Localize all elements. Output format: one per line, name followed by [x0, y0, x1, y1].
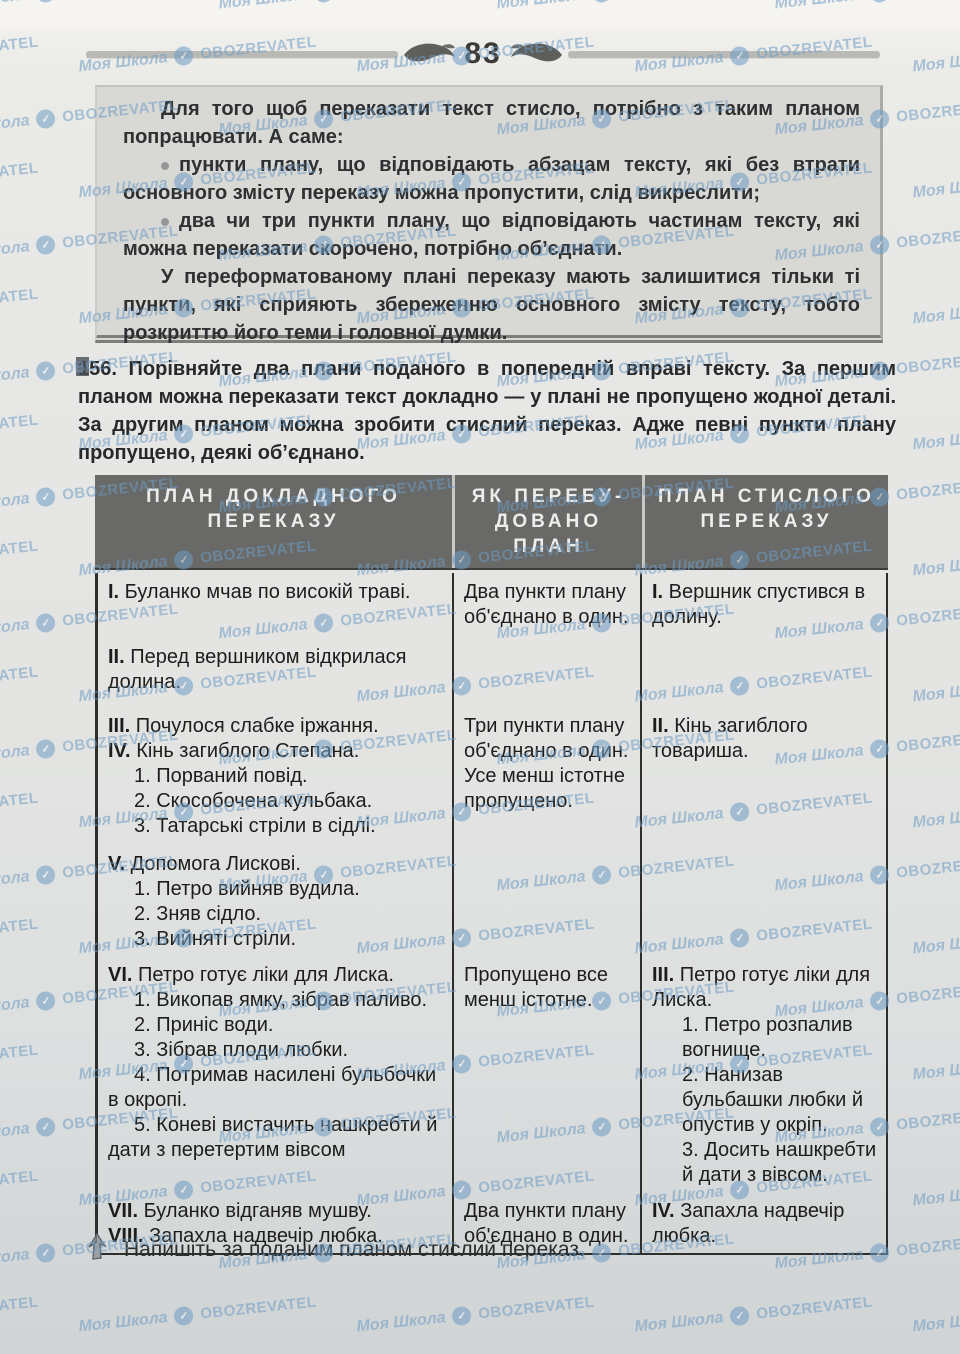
plan-item: 1. Порваний повід.	[108, 764, 444, 789]
watermark-brand-text: OBOZREVATEL	[895, 97, 960, 126]
watermark-brand-text: OBOZREVATEL	[0, 1294, 39, 1323]
watermark-brand-text: OBOZREVATEL	[0, 538, 39, 567]
watermark-school-text: Моя Школа	[356, 1309, 447, 1336]
watermark-school-text: Моя Школа	[912, 1309, 960, 1336]
watermark-badge-icon: ✓	[36, 1242, 57, 1263]
table-row: V. Допомога Лискові.1. Петро вийняв вуди…	[98, 845, 886, 956]
plan-item: IV. Запахла надвечір любка.	[652, 1199, 878, 1249]
table-cell: Пропущено все менш істотне.	[452, 956, 642, 1192]
watermark-school-text: Моя Школа	[912, 427, 960, 454]
plan-item: 3. Досить нашкребти й дати з вівсом.	[652, 1138, 878, 1188]
writing-task: Напишіть за поданим планом стислий перек…	[84, 1236, 585, 1264]
table-header-row: ПЛАН ДОКЛАДНОГОПЕРЕКАЗУЯК ПЕРЕБУ-ДОВАНО …	[95, 475, 888, 570]
plan-item: V. Допомога Лискові.	[108, 852, 444, 877]
watermark-brand-text: OBOZREVATEL	[895, 475, 960, 504]
table-header-cell: ПЛАН СТИСЛОГОПЕРЕКАЗУ	[642, 475, 888, 568]
plan-item: VI. Петро готує ліки для Лиска.	[108, 963, 444, 988]
watermark-school-text: Моя Школа	[0, 1120, 30, 1147]
watermark-school-text: Моя Школа	[634, 1309, 725, 1336]
watermark-stamp: Моя Школа✓OBOZREVATEL	[912, 33, 960, 77]
watermark-brand-text: OBOZREVATEL	[0, 412, 39, 441]
watermark-stamp: Моя Школа✓OBOZREVATEL	[912, 1167, 960, 1211]
watermark-brand-text: OBOZREVATEL	[895, 853, 960, 882]
watermark-brand-text: OBOZREVATEL	[755, 1294, 873, 1323]
watermark-brand-text: OBOZREVATEL	[895, 727, 960, 756]
watermark-stamp: Моя Школа✓OBOZREVATEL	[0, 1167, 39, 1211]
watermark-school-text: Моя Школа	[0, 868, 30, 895]
plan-item: 2. Скособочена кульбака.	[108, 789, 444, 814]
bullet-dot-icon	[161, 218, 169, 226]
leaf-flourish-icon	[402, 40, 456, 68]
watermark-brand-text: OBOZREVATEL	[895, 1105, 960, 1134]
plan-item: II. Перед вершником відкрилася долина.	[108, 645, 444, 695]
watermark-brand-text: OBOZREVATEL	[895, 349, 960, 378]
watermark-badge-icon: ✓	[36, 612, 57, 633]
watermark-brand-text: OBOZREVATEL	[895, 223, 960, 252]
table-cell: I. Вершник спустився в долину.	[642, 573, 886, 707]
plan-item: I. Буланко мчав по високій траві.	[108, 580, 444, 605]
paper-highlight	[0, 0, 960, 30]
table-body: I. Буланко мчав по високій траві.II. Пер…	[95, 573, 888, 1255]
theory-intro: Для того щоб переказати текст стисло, по…	[123, 95, 860, 151]
watermark-brand-text: OBOZREVATEL	[0, 916, 39, 945]
watermark-brand-text: OBOZREVATEL	[0, 1042, 39, 1071]
plan-item: VII. Буланко відганяв мушву.	[108, 1199, 444, 1224]
plan-item: 2. Приніс води.	[108, 1013, 444, 1038]
watermark-brand-text: OBOZREVATEL	[477, 1294, 595, 1323]
theory-bullet: пункти плану, що відповідають абзацам те…	[123, 151, 860, 207]
watermark-brand-text: OBOZREVATEL	[895, 1231, 960, 1260]
watermark-brand-text: OBOZREVATEL	[0, 790, 39, 819]
plan-item: 1. Петро розпалив вогнище.	[652, 1013, 878, 1063]
theory-box: Для того щоб переказати текст стисло, по…	[95, 85, 883, 343]
watermark-stamp: Моя Школа✓OBOZREVATEL	[0, 537, 39, 581]
plan-item: 2. Нанизав бульбашки любки й опустив у о…	[652, 1063, 878, 1138]
plan-item: 1. Викопав ямку, зібрав паливо.	[108, 988, 444, 1013]
table-cell: Два пункти плану об'єднано в один.	[452, 573, 642, 707]
textbook-page-scan: 83 Для того щоб переказати текст стисло,…	[0, 0, 960, 1354]
watermark-school-text: Моя Школа	[912, 931, 960, 958]
watermark-school-text: Моя Школа	[0, 616, 30, 643]
watermark-stamp: Моя Школа✓OBOZREVATEL	[912, 159, 960, 203]
watermark-school-text: Моя Школа	[912, 553, 960, 580]
table-cell: II. Кінь загиблого товариша.	[642, 707, 886, 845]
watermark-badge-icon: ✓	[36, 738, 57, 759]
plan-item: Три пункти плану об'єднано в один. Усе м…	[464, 714, 632, 814]
plan-item: 4. Потримав насилені бульбочки в окропі.	[108, 1063, 444, 1113]
watermark-badge-icon: ✓	[36, 864, 57, 885]
exercise-text: 156. Порівняйте два плани поданого в поп…	[78, 355, 896, 467]
exercise-156: 156. Порівняйте два плани поданого в поп…	[78, 355, 896, 467]
watermark-badge-icon: ✓	[36, 990, 57, 1011]
watermark-badge-icon: ✓	[36, 486, 57, 507]
watermark-school-text: Моя Школа	[0, 364, 30, 391]
watermark-stamp: Моя Школа✓OBOZREVATEL	[634, 1293, 874, 1337]
plan-item: 3. Зібрав плоди любки.	[108, 1038, 444, 1063]
watermark-stamp: Моя Школа✓OBOZREVATEL	[0, 789, 39, 833]
table-cell: III. Почулося слабке іржання.IV. Кінь за…	[98, 707, 452, 845]
watermark-school-text: Моя Школа	[912, 49, 960, 76]
plan-item: 1. Петро вийняв вудила.	[108, 877, 444, 902]
table-cell	[642, 845, 886, 956]
watermark-stamp: Моя Школа✓OBOZREVATEL	[0, 411, 39, 455]
watermark-school-text: Моя Школа	[0, 112, 30, 139]
watermark-school-text: Моя Школа	[78, 1309, 169, 1336]
watermark-stamp: Моя Школа✓OBOZREVATEL	[912, 1041, 960, 1085]
watermark-badge-icon: ✓	[174, 1305, 195, 1326]
plan-item: III. Почулося слабке іржання.	[108, 714, 444, 739]
watermark-stamp: Моя Школа✓OBOZREVATEL	[0, 159, 39, 203]
watermark-badge-icon: ✓	[36, 234, 57, 255]
table-cell: V. Допомога Лискові.1. Петро вийняв вуди…	[98, 845, 452, 956]
watermark-stamp: Моя Школа✓OBOZREVATEL	[0, 663, 39, 707]
watermark-brand-text: OBOZREVATEL	[0, 286, 39, 315]
plan-item: Пропущено все менш істотне.	[464, 963, 632, 1013]
table-row: VI. Петро готує ліки для Лиска.1. Викопа…	[98, 956, 886, 1192]
watermark-school-text: Моя Школа	[912, 679, 960, 706]
watermark-brand-text: OBOZREVATEL	[895, 601, 960, 630]
watermark-stamp: Моя Школа✓OBOZREVATEL	[78, 1293, 318, 1337]
watermark-badge-icon: ✓	[36, 360, 57, 381]
theory-bullet-text: два чи три пункти плану, що відповідають…	[123, 210, 860, 260]
watermark-brand-text: OBOZREVATEL	[0, 34, 39, 63]
watermark-brand-text: OBOZREVATEL	[0, 160, 39, 189]
watermark-brand-text: OBOZREVATEL	[0, 664, 39, 693]
table-cell: Три пункти плану об'єднано в один. Усе м…	[452, 707, 642, 845]
pen-icon	[84, 1232, 110, 1262]
plan-item: 3. Вийняті стріли.	[108, 927, 444, 952]
watermark-stamp: Моя Школа✓OBOZREVATEL	[912, 663, 960, 707]
plan-item: 5. Коневі вистачить нашкребти й дати з п…	[108, 1113, 444, 1163]
table-cell: IV. Запахла надвечір любка.	[642, 1192, 886, 1253]
header-rule-right	[568, 51, 880, 58]
watermark-brand-text: OBOZREVATEL	[0, 1168, 39, 1197]
watermark-school-text: Моя Школа	[0, 238, 30, 265]
watermark-school-text: Моя Школа	[912, 301, 960, 328]
watermark-stamp: Моя Школа✓OBOZREVATEL	[0, 285, 39, 329]
watermark-stamp: Моя Школа✓OBOZREVATEL	[356, 1293, 596, 1337]
watermark-brand-text: OBOZREVATEL	[895, 979, 960, 1008]
watermark-school-text: Моя Школа	[912, 1183, 960, 1210]
watermark-school-text: Моя Школа	[0, 1246, 30, 1273]
leaf-flourish-icon	[510, 40, 564, 68]
watermark-school-text: Моя Школа	[912, 175, 960, 202]
plan-item: 2. Зняв сідло.	[108, 902, 444, 927]
watermark-school-text: Моя Школа	[0, 490, 30, 517]
watermark-badge-icon: ✓	[730, 1305, 751, 1326]
page-number: 83	[464, 37, 501, 71]
table-cell: III. Петро готує ліки для Лиска.1. Петро…	[642, 956, 886, 1192]
plan-item: 3. Татарські стріли в сідлі.	[108, 814, 444, 839]
plan-item: Два пункти плану об'єднано в один.	[464, 580, 632, 630]
watermark-stamp: Моя Школа✓OBOZREVATEL	[0, 33, 39, 77]
table-header-cell: ЯК ПЕРЕБУ-ДОВАНО ПЛАН	[452, 475, 642, 568]
watermark-stamp: Моя Школа✓OBOZREVATEL	[912, 915, 960, 959]
plan-item: II. Кінь загиблого товариша.	[652, 714, 878, 764]
plan-comparison-table: ПЛАН ДОКЛАДНОГОПЕРЕКАЗУЯК ПЕРЕБУ-ДОВАНО …	[95, 475, 888, 1255]
watermark-stamp: Моя Школа✓OBOZREVATEL	[0, 915, 39, 959]
watermark-school-text: Моя Школа	[0, 742, 30, 769]
theory-conclusion: У переформатованому плані переказу мають…	[123, 263, 860, 347]
watermark-badge-icon: ✓	[36, 108, 57, 129]
watermark-brand-text: OBOZREVATEL	[199, 1294, 317, 1323]
table-cell	[452, 845, 642, 956]
watermark-stamp: Моя Школа✓OBOZREVATEL	[912, 789, 960, 833]
watermark-stamp: Моя Школа✓OBOZREVATEL	[912, 1293, 960, 1337]
watermark-stamp: Моя Школа✓OBOZREVATEL	[0, 1293, 39, 1337]
watermark-stamp: Моя Школа✓OBOZREVATEL	[912, 285, 960, 329]
theory-bullet: два чи три пункти плану, що відповідають…	[123, 207, 860, 263]
exercise-marker	[76, 357, 89, 376]
watermark-stamp: Моя Школа✓OBOZREVATEL	[0, 1041, 39, 1085]
task-text: Напишіть за поданим планом стислий перек…	[124, 1236, 585, 1264]
header-rule-left	[86, 51, 398, 58]
watermark-stamp: Моя Школа✓OBOZREVATEL	[912, 411, 960, 455]
table-header-cell: ПЛАН ДОКЛАДНОГОПЕРЕКАЗУ	[95, 475, 452, 568]
watermark-badge-icon: ✓	[452, 1305, 473, 1326]
bullet-dot-icon	[161, 162, 169, 170]
plan-item: I. Вершник спустився в долину.	[652, 580, 878, 630]
table-row: I. Буланко мчав по високій траві.II. Пер…	[98, 573, 886, 707]
table-cell: VI. Петро готує ліки для Лиска.1. Викопа…	[98, 956, 452, 1192]
table-row: III. Почулося слабке іржання.IV. Кінь за…	[98, 707, 886, 845]
watermark-school-text: Моя Школа	[0, 994, 30, 1021]
page-header-band: 83	[86, 36, 880, 72]
watermark-school-text: Моя Школа	[912, 805, 960, 832]
watermark-school-text: Моя Школа	[912, 1057, 960, 1084]
plan-item: III. Петро готує ліки для Лиска.	[652, 963, 878, 1013]
watermark-stamp: Моя Школа✓OBOZREVATEL	[912, 537, 960, 581]
table-cell: I. Буланко мчав по високій траві.II. Пер…	[98, 573, 452, 707]
theory-bullet-text: пункти плану, що відповідають абзацам те…	[123, 154, 860, 204]
plan-item: IV. Кінь загиблого Степана.	[108, 739, 444, 764]
watermark-badge-icon: ✓	[36, 1116, 57, 1137]
